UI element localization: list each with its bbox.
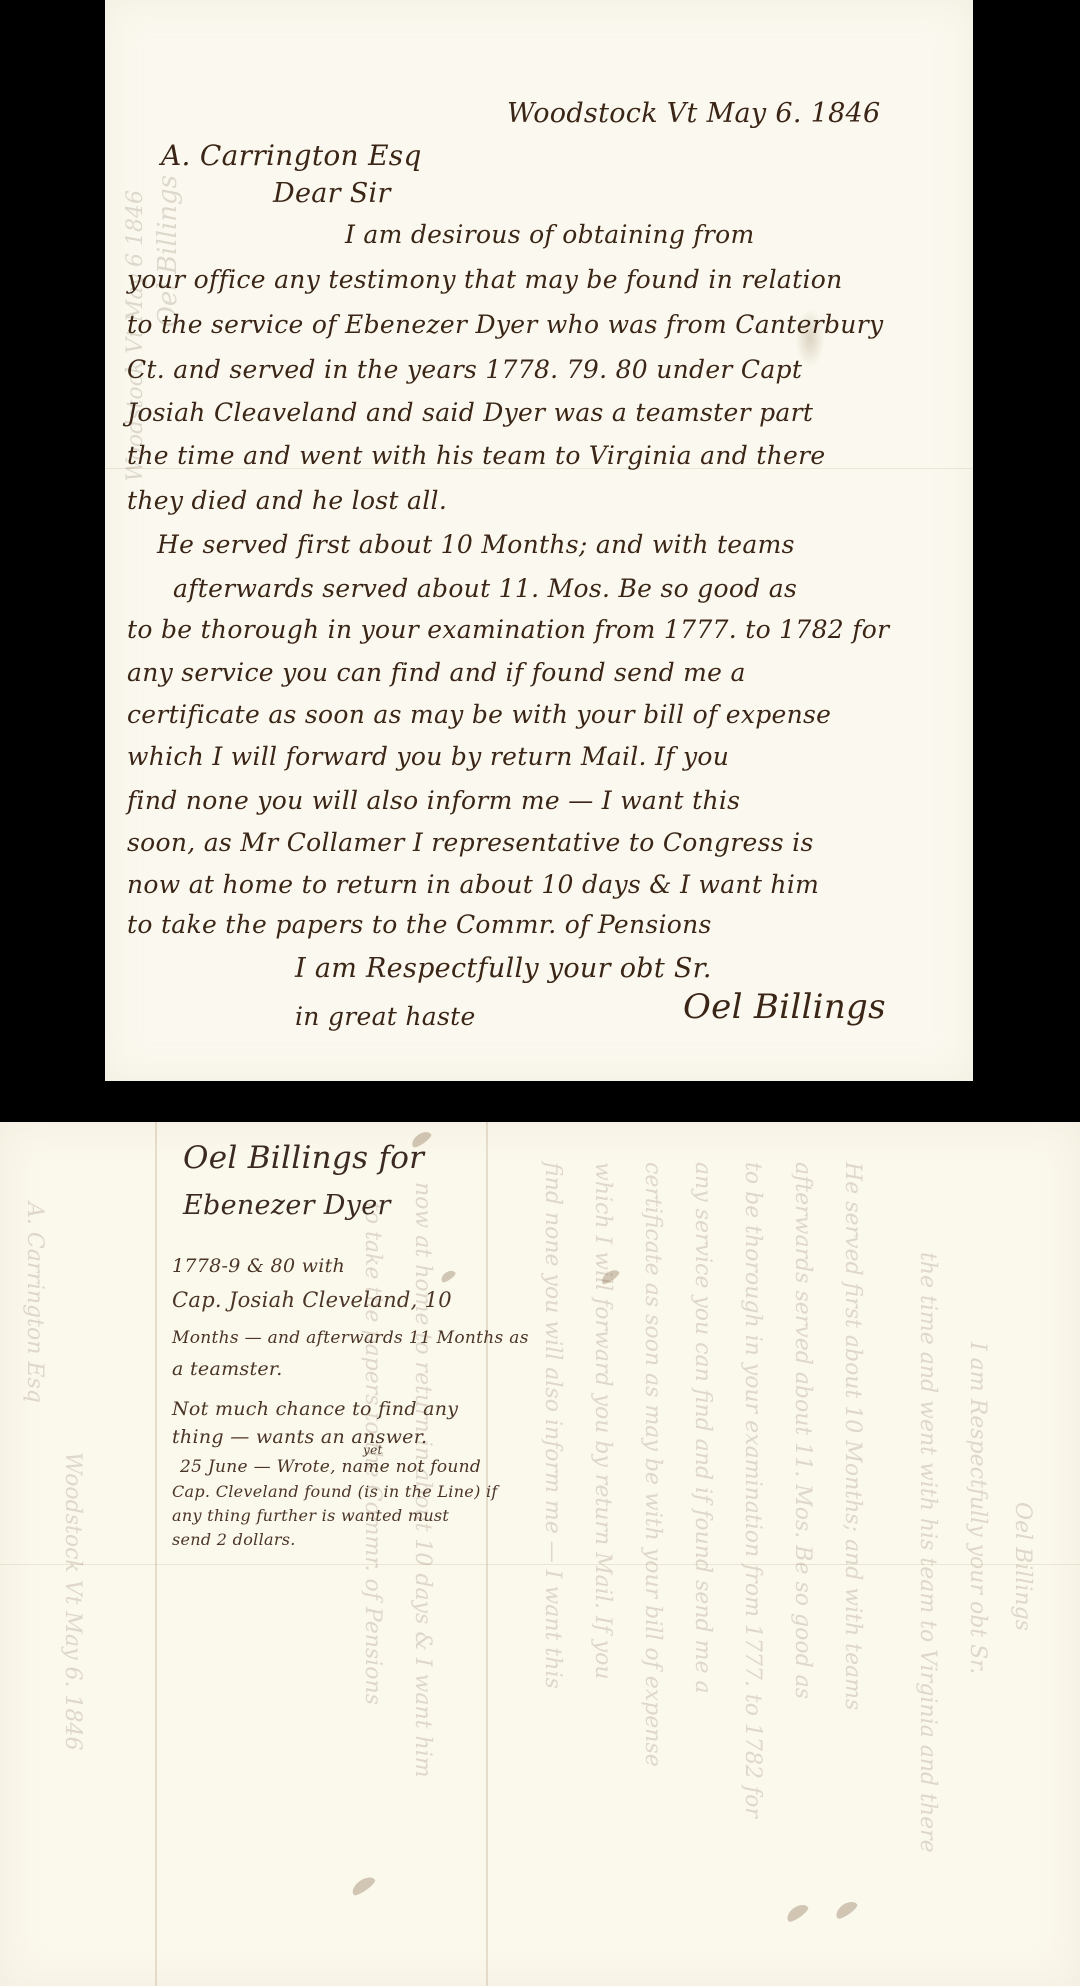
letter-line: find none you will also inform me — I wa… [127,788,740,813]
letter-line: soon, as Mr Collamer I representative to… [127,830,814,855]
docket-line: a teamster. [172,1360,283,1379]
letter-line: they died and he lost all. [127,488,447,513]
docket-line: 1778-9 & 80 with [172,1257,345,1276]
bleed-through-text: now at home to return in about 10 days &… [410,1182,435,1778]
bleed-through-text: I am Respectfully your obt Sr. [965,1342,990,1674]
fold-line [155,1122,157,1986]
bleed-through-text: certificate as soon as may be with your … [640,1162,665,1767]
letter-line: any service you can find and if found se… [127,660,746,685]
dateline: Woodstock Vt May 6. 1846 [507,100,881,127]
letter-line: to the service of Ebenezer Dyer who was … [127,312,883,337]
ink-blot [833,1898,859,1921]
letter-line: Ct. and served in the years 1778. 79. 80… [127,357,802,382]
fold-line [486,1122,488,1986]
letter-line: to be thorough in your examination from … [127,617,889,642]
docket-line: Not much chance to find any [172,1400,458,1419]
docket-line: Months — and afterwards 11 Months as [172,1330,529,1347]
letter-line: to take the papers to the Commr. of Pens… [127,912,712,937]
docket-title: Oel Billings for [183,1140,424,1176]
ink-blot [349,1874,377,1898]
letter-line: which I will forward you by return Mail.… [127,744,729,769]
bleed-through-text: Woodstock Vt May 6. 1846 [60,1452,85,1750]
docket-line: 25 June — Wrote, name not found [180,1459,481,1476]
docket-line: thing — wants an answer. [172,1428,427,1447]
bleed-through-text: afterwards served about 11. Mos. Be so g… [790,1162,815,1699]
ink-blot [784,1901,810,1924]
closing: I am Respectfully your obt Sr. [295,955,712,982]
postscript: in great haste [295,1004,476,1029]
letter-line: He served first about 10 Months; and wit… [157,532,795,557]
docket-line: Cap. Josiah Cleveland, 10 [172,1290,452,1311]
bleed-through-text: any service you can find and if found se… [690,1162,715,1694]
ink-blot [439,1268,457,1284]
bleed-through-text: A. Carrington Esq [22,1202,47,1403]
bleed-through-text: which I will forward you by return Mail.… [590,1162,615,1680]
bleed-through-text: to be thorough in your examination from … [740,1162,765,1818]
signature: Oel Billings [683,990,886,1024]
bleed-through-text: He served first about 10 Months; and wit… [840,1162,865,1710]
bleed-through-text: the time and went with his team to Virgi… [915,1252,940,1853]
letter-line: afterwards served about 11. Mos. Be so g… [173,576,797,601]
bleed-through-text: find none you will also inform me — I wa… [540,1162,565,1689]
letter-line: the time and went with his team to Virgi… [127,443,825,468]
bleed-through-text: Oel Billings [153,175,183,327]
docket-line: send 2 dollars. [172,1532,296,1548]
docket-page: A. Carrington Esq Woodstock Vt May 6. 18… [0,1122,1080,1986]
letter-line: your office any testimony that may be fo… [127,267,843,292]
bleed-through-text: Oel Billings [1010,1502,1035,1631]
addressee: A. Carrington Esq [161,142,422,170]
docket-line: Cap. Cleveland found (is in the Line) if [172,1484,498,1500]
letter-line: now at home to return in about 10 days &… [127,872,819,897]
letter-line: I am desirous of obtaining from [345,222,755,247]
salutation: Dear Sir [273,180,391,207]
letter-line: Josiah Cleaveland and said Dyer was a te… [127,400,813,425]
letter-line: certificate as soon as may be with your … [127,702,831,727]
docket-subtitle: Ebenezer Dyer [183,1190,391,1221]
docket-interlinear: yet [363,1444,383,1456]
letter-page: Woodstock Vt May 6 1846 Oel Billings Woo… [105,0,973,1081]
docket-line: any thing further is wanted must [172,1508,449,1524]
